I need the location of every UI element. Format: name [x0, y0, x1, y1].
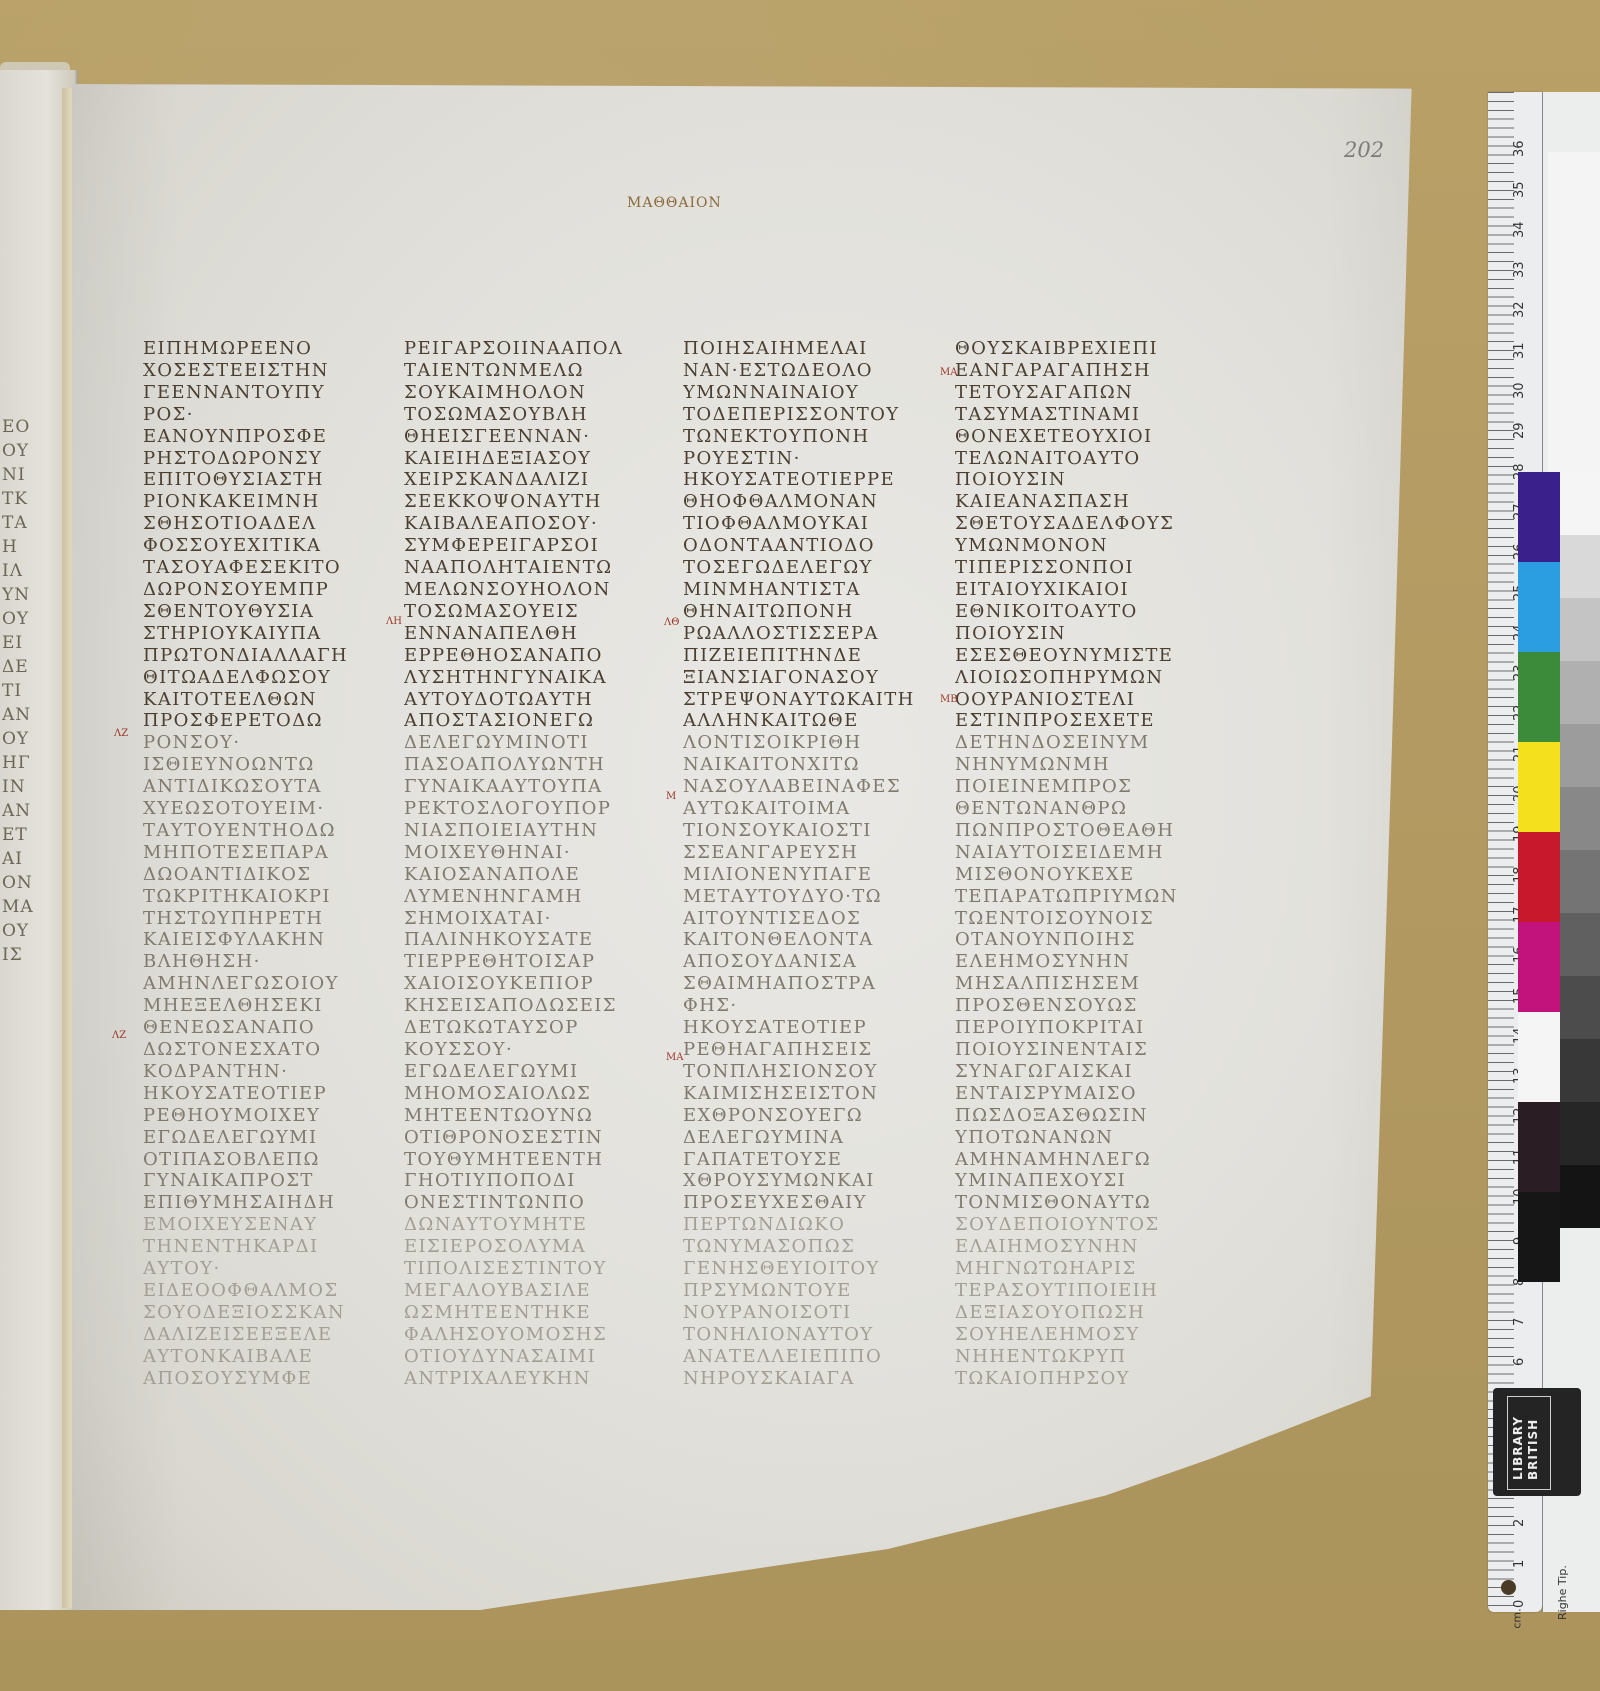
text-line: ΘΗΟΦΘΑΛΜΟΝΑΝ	[683, 491, 933, 513]
ruler-unit-label: cm.	[1511, 1608, 1524, 1628]
ruler-number: 31	[1512, 342, 1527, 359]
righe-tip-label: Righe Tip.	[1556, 1565, 1569, 1620]
running-head: ΜΑΘΘΑΙΟΝ	[627, 195, 722, 211]
text-line: ΦΗΣ·	[683, 995, 933, 1017]
left-page-fragment: ΤΑ	[2, 511, 42, 535]
text-line: ΜΙΛΙΟΝΕΝΥΠΑΓΕ	[683, 864, 933, 886]
text-line: ΡΩΑΛΛΟΣΤΙΣΣΕΡΑ	[683, 623, 933, 645]
text-line: ΠΙΖΕΙΕΠΙΤΗΝΔΕ	[683, 645, 933, 667]
ruler-number: 29	[1512, 423, 1527, 440]
text-line: ΕΠΙΤΟΘΥΣΙΑΣΤΗ	[143, 469, 393, 491]
text-line: ΤΩΚΑΙΟΠΗΡΣΟΥ	[955, 1368, 1205, 1390]
text-line: ΤΙΠΕΡΙΣΣΟΝΠΟΙ	[955, 557, 1205, 579]
text-line: ΑΝΤΡΙΧΑΛΕΥΚΗΝ	[404, 1368, 654, 1390]
text-line: ΜΕΓΑΛΟΥΒΑΣΙΛΕ	[404, 1280, 654, 1302]
text-column-4: ΘΟΥΣΚΑΙΒΡΕΧΙΕΠΙΕΑΝΓΑΡΑΓΑΠΗΣΗΤΕΤΟΥΣΑΓΑΠΩΝ…	[955, 338, 1205, 1390]
text-line: ΕΓΩΔΕΛΕΓΩΥΜΙ	[143, 1127, 393, 1149]
text-line: ΘΗΝΑΙΤΩΠΟΝΗ	[683, 601, 933, 623]
text-line: ΡΙΟΝΚΑΚΕΙΜΝΗ	[143, 491, 393, 513]
text-line: ΣΟΥΟΔΕΞΙΟΣΣΚΑΝ	[143, 1302, 393, 1324]
text-line: ΕΧΘΡΟΝΣΟΥΕΓΩ	[683, 1105, 933, 1127]
british-library-logo: LIBRARY BRITISH	[1493, 1388, 1581, 1496]
text-line: ΟΔΟΝΤΑΑΝΤΙΟΔΟ	[683, 535, 933, 557]
ruler-number: 6	[1512, 1358, 1527, 1366]
text-line: ΥΠΟΤΩΝΑΝΩΝ	[955, 1127, 1205, 1149]
text-line: ΛΥΜΕΝΗΝΓΑΜΗ	[404, 886, 654, 908]
left-page-fragment: ΟΝ	[2, 871, 42, 895]
text-line: ΕΙΤΑΙΟΥΧΙΚΑΙΟΙ	[955, 579, 1205, 601]
ruler-number: 32	[1512, 302, 1527, 319]
text-line: ΤΟΣΩΜΑΣΟΥΒΛΗ	[404, 404, 654, 426]
text-line: ΝΑΣΟΥΛΑΒΕΙΝΑΦΕΣ	[683, 776, 933, 798]
color-swatch-magenta	[1518, 922, 1560, 1012]
text-line: ΚΑΙΟΣΑΝΑΠΟΛΕ	[404, 864, 654, 886]
logo-text: LIBRARY BRITISH	[1511, 1416, 1541, 1480]
text-line: ΕΣΕΣΘΕΟΥΝΥΜΙΣΤΕ	[955, 645, 1205, 667]
text-line: ΡΟΣ·	[143, 404, 393, 426]
text-line: ΓΥΝΑΙΚΑΑΥΤΟΥΠΑ	[404, 776, 654, 798]
text-line: ΚΑΙΤΟΝΘΕΛΟΝΤΑ	[683, 929, 933, 951]
text-line: ΤΑΣΥΜΑΣΤΙΝΑΜΙ	[955, 404, 1205, 426]
text-line: ΑΝΑΤΕΛΛΕΙΕΠΙΠΟ	[683, 1346, 933, 1368]
text-line: ΑΛΛΗΝΚΑΙΤΩΘΕ	[683, 710, 933, 732]
marginal-section-number: ΜΑ	[666, 1052, 683, 1063]
text-line: ΓΕΝΗΣΘΕΥΙΟΙΤΟΥ	[683, 1258, 933, 1280]
text-line: ΠΟΙΗΣΑΙΗΜΕΛΑΙ	[683, 338, 933, 360]
text-line: ΝΗΝΥΜΩΝΜΗ	[955, 754, 1205, 776]
text-line: ΕΛΑΙΗΜΟΣΥΝΗΝ	[955, 1236, 1205, 1258]
ruler-number: 35	[1512, 181, 1527, 198]
left-page-fragment: ΕΟ	[2, 415, 42, 439]
text-line: ΝΗΗΕΝΤΩΚΡΥΠ	[955, 1346, 1205, 1368]
text-line: ΕΙΔΕΟΟΦΘΑΛΜΟΣ	[143, 1280, 393, 1302]
text-column-2: ΡΕΙΓΑΡΣΟΙΙΝΑΑΠΟΛΤΑΙΕΝΤΩΝΜΕΛΩΣΟΥΚΑΙΜΗΟΛΟΝ…	[404, 338, 654, 1390]
left-page-text-fragments: ΕΟΟΥΝΙΤΚΤΑΗΙΛΥΝΟΥΕΙΔΕΤΙΑΝΟΥΗΓΙΝΑΝΕΤΑΙΟΝΜ…	[2, 415, 42, 967]
text-line: ΝΑΑΠΟΛΗΤΑΙΕΝΤΩ	[404, 557, 654, 579]
text-line: ΑΜΗΝΑΜΗΝΛΕΓΩ	[955, 1149, 1205, 1171]
left-page-fragment: ΙΝ	[2, 775, 42, 799]
text-line: ΤΙΕΡΡΕΘΗΤΟΙΣΑΡ	[404, 951, 654, 973]
left-page-fragment: ΑΝ	[2, 703, 42, 727]
text-line: ΤΗΝΕΝΤΗΚΑΡΔΙ	[143, 1236, 393, 1258]
text-line: ΘΟΥΣΚΑΙΒΡΕΧΙΕΠΙ	[955, 338, 1205, 360]
text-line: ΣΤΡΕΨΟΝΑΥΤΩΚΑΙΤΗ	[683, 689, 933, 711]
text-line: ΣΟΥΔΕΠΟΙΟΥΝΤΟΣ	[955, 1214, 1205, 1236]
text-line: ΠΡΟΣΕΥΧΕΣΘΑΙΥ	[683, 1192, 933, 1214]
text-line: ΔΕΛΕΓΩΥΜΙΝΑ	[683, 1127, 933, 1149]
gray-step	[1560, 472, 1600, 535]
text-line: ΘΕΝΕΩΣΑΝΑΠΟ	[143, 1017, 393, 1039]
marginal-section-number: ΜΑ	[940, 367, 957, 378]
text-column-3: ΠΟΙΗΣΑΙΗΜΕΛΑΙΝΑΝ·ΕΣΤΩΔΕΟΛΟΥΜΩΝΝΑΙΝΑΙΟΥΤΟ…	[683, 338, 933, 1390]
text-line: ΤΟΣΕΓΩΔΕΛΕΓΩΥ	[683, 557, 933, 579]
text-line: ΕΝΤΑΙΣΡΥΜΑΙΣΟ	[955, 1083, 1205, 1105]
color-swatch-white	[1518, 1012, 1560, 1102]
text-line: ΠΩΣΔΟΞΑΣΘΩΣΙΝ	[955, 1105, 1205, 1127]
text-line: ΚΑΙΜΙΣΗΣΕΙΣΤΟΝ	[683, 1083, 933, 1105]
text-line: ΔΕΛΕΓΩΥΜΙΝΟΤΙ	[404, 732, 654, 754]
color-swatch-black	[1518, 1192, 1560, 1282]
text-line: ΣΘΕΤΟΥΣΑΔΕΛΦΟΥΣ	[955, 513, 1205, 535]
ruler-hole	[1501, 1580, 1516, 1595]
text-line: ΝΑΙΑΥΤΟΙΣΕΙΔΕΜΗ	[955, 842, 1205, 864]
text-line: ΣΘΕΝΤΟΥΘΥΣΙΑ	[143, 601, 393, 623]
text-line: ΤΩΝΕΚΤΟΥΠΟΝΗ	[683, 426, 933, 448]
color-swatch-red	[1518, 832, 1560, 922]
text-line: ΜΗΕΞΕΛΘΗΣΕΚΙ	[143, 995, 393, 1017]
text-line: ΠΑΣΟΑΠΟΛΥΩΝΤΗ	[404, 754, 654, 776]
text-line: ΣΗΜΟΙΧΑΤΑΙ·	[404, 908, 654, 930]
text-line: ΠΟΙΟΥΣΙΝ	[955, 623, 1205, 645]
text-line: ΗΚΟΥΣΑΤΕΟΤΙΕΡ	[683, 1017, 933, 1039]
text-line: ΤΑΙΕΝΤΩΝΜΕΛΩ	[404, 360, 654, 382]
text-line: ΡΟΥΕΣΤΙΝ·	[683, 448, 933, 470]
left-page-fragment: ΝΙ	[2, 463, 42, 487]
gray-step	[1560, 598, 1600, 661]
text-line: ΜΗΠΟΤΕΣΕΠΑΡΑ	[143, 842, 393, 864]
text-line: ΑΠΟΣΟΥΣΥΜΦΕ	[143, 1368, 393, 1390]
text-line: ΑΠΟΣΤΑΣΙΟΝΕΓΩ	[404, 710, 654, 732]
text-line: ΟΤΙΟΥΔΥΝΑΣΑΙΜΙ	[404, 1346, 654, 1368]
text-line: ΧΕΙΡΣΚΑΝΔΑΛΙΖΙ	[404, 469, 654, 491]
text-line: ΚΑΙΒΑΛΕΑΠΟΣΟΥ·	[404, 513, 654, 535]
text-line: ΤΩΕΝΤΟΙΣΟΥΝΟΙΣ	[955, 908, 1205, 930]
text-line: ΕΑΝΟΥΝΠΡΟΣΦΕ	[143, 426, 393, 448]
left-page-fragment: ΜΑ	[2, 895, 42, 919]
text-line: ΘΗΕΙΣΓΕΕΝΝΑΝ·	[404, 426, 654, 448]
text-line: ΣΟΥΗΕΛΕΗΜΟΣΥ	[955, 1324, 1205, 1346]
text-line: ΡΗΣΤΟΔΩΡΟΝΣΥ	[143, 448, 393, 470]
text-line: ΤΩΚΡΙΤΗΚΑΙΟΚΡΙ	[143, 886, 393, 908]
text-line: ΡΕΚΤΟΣΛΟΓΟΥΠΟΡ	[404, 798, 654, 820]
text-line: ΜΙΣΘΟΝΟΥΚΕΧΕ	[955, 864, 1205, 886]
text-line: ΝΙΑΣΠΟΙΕΙΑΥΤΗΝ	[404, 820, 654, 842]
text-line: ΛΟΝΤΙΣΟΙΚΡΙΘΗ	[683, 732, 933, 754]
text-line: ΘΟΝΕΧΕΤΕΟΥΧΙΟΙ	[955, 426, 1205, 448]
color-swatch-green	[1518, 652, 1560, 742]
color-swatch-purple	[1518, 472, 1560, 562]
text-line: ΠΟΙΟΥΣΙΝ	[955, 469, 1205, 491]
text-line: ΤΕΛΩΝΑΙΤΟΑΥΤΟ	[955, 448, 1205, 470]
text-line: ΘΕΝΤΩΝΑΝΘΡΩ	[955, 798, 1205, 820]
gray-step	[1560, 535, 1600, 598]
text-line: ΔΩΣΤΟΝΕΣΧΑΤΟ	[143, 1039, 393, 1061]
text-line: ΤΗΣΤΩΥΠΗΡΕΤΗ	[143, 908, 393, 930]
text-line: ΑΠΟΣΟΥΔΑΝΙΣΑ	[683, 951, 933, 973]
text-line: ΙΣΘΙΕΥΝΟΩΝΤΩ	[143, 754, 393, 776]
left-page-fragment: ΙΛ	[2, 559, 42, 583]
text-line: ΤΟΝΗΛΙΟΝΑΥΤΟΥ	[683, 1324, 933, 1346]
text-line: ΗΚΟΥΣΑΤΕΟΤΙΕΡ	[143, 1083, 393, 1105]
text-line: ΡΕΘΗΟΥΜΟΙΧΕΥ	[143, 1105, 393, 1127]
text-line: ΠΑΛΙΝΗΚΟΥΣΑΤΕ	[404, 929, 654, 951]
gray-step	[1560, 913, 1600, 976]
text-line: ΣΕΕΚΚΟΨΟΝΑΥΤΗ	[404, 491, 654, 513]
text-line: ΜΗΤΕΕΝΤΩΟΥΝΩ	[404, 1105, 654, 1127]
left-page-fragment: ΤΚ	[2, 487, 42, 511]
left-page-fragment: ΤΙ	[2, 679, 42, 703]
text-line: ΦΑΛΗΣΟΥΟΜΟΣΗΣ	[404, 1324, 654, 1346]
text-line: ΡΕΙΓΑΡΣΟΙΙΝΑΑΠΟΛ	[404, 338, 654, 360]
text-line: ΟΝΕΣΤΙΝΤΩΝΠΟ	[404, 1192, 654, 1214]
marginal-section-number: ΛΗ	[386, 616, 402, 627]
text-line: ΣΣΕΑΝΓΑΡΕΥΣΗ	[683, 842, 933, 864]
left-page-fragment: ΟΥ	[2, 607, 42, 631]
text-line: ΛΥΣΗΤΗΝΓΥΝΑΙΚΑ	[404, 667, 654, 689]
text-line: ΥΜΩΝΝΑΙΝΑΙΟΥ	[683, 382, 933, 404]
left-page-fragment: ΥΝ	[2, 583, 42, 607]
text-line: ΚΟΥΣΣΟΥ·	[404, 1039, 654, 1061]
text-column-1: ΕΙΠΗΜΩΡΕΕΝΟΧΟΣΕΣΤΕΕΙΣΤΗΝΓΕΕΝΝΑΝΤΟΥΠΥΡΟΣ·…	[143, 338, 393, 1390]
text-line: ΥΜΙΝΑΠΕΧΟΥΣΙ	[955, 1170, 1205, 1192]
left-page-fragment: ΑΝ	[2, 799, 42, 823]
ruler-number: 7	[1512, 1318, 1527, 1326]
text-line: ΝΗΡΟΥΣΚΑΙΑΓΑ	[683, 1368, 933, 1390]
text-line: ΓΕΕΝΝΑΝΤΟΥΠΥ	[143, 382, 393, 404]
ruler-number: 30	[1512, 382, 1527, 399]
color-swatch-cyan	[1518, 562, 1560, 652]
text-line: ΝΑΝ·ΕΣΤΩΔΕΟΛΟ	[683, 360, 933, 382]
left-page-fragment: ΟΥ	[2, 439, 42, 463]
text-line: ΑΙΤΟΥΝΤΙΣΕΔΟΣ	[683, 908, 933, 930]
color-swatch-yellow	[1518, 742, 1560, 832]
ruler-number: 0	[1512, 1600, 1527, 1608]
text-line: ΤΟΝΜΙΣΘΟΝΑΥΤΩ	[955, 1192, 1205, 1214]
text-line: ΧΥΕΩΣΟΤΟΥΕΙΜ·	[143, 798, 393, 820]
text-line: ΑΥΤΟΥΔΟΤΩΑΥΤΗ	[404, 689, 654, 711]
text-line: ΧΘΡΟΥΣΥΜΩΝΚΑΙ	[683, 1170, 933, 1192]
text-line: ΓΗΟΤΙΥΠΟΠΟΔΙ	[404, 1170, 654, 1192]
text-line: ΠΡΣΥΜΩΝΤΟΥΕ	[683, 1280, 933, 1302]
text-line: ΣΘΗΣΟΤΙΟΑΔΕΛ	[143, 513, 393, 535]
text-line: ΜΗΟΜΟΣΑΙΟΛΩΣ	[404, 1083, 654, 1105]
text-line: ΜΙΝΜΗΑΝΤΙΣΤΑ	[683, 579, 933, 601]
text-line: ΑΜΗΝΛΕΓΩΣΟΙΟΥ	[143, 973, 393, 995]
text-line: ΔΩΡΟΝΣΟΥΕΜΠΡ	[143, 579, 393, 601]
text-line: ΟΟΥΡΑΝΙΟΣΤΕΛΙ	[955, 689, 1205, 711]
text-line: ΠΩΝΠΡΟΣΤΟΘΕΑΘΗ	[955, 820, 1205, 842]
text-line: ΞΙΑΝΣΙΑΓΟΝΑΣΟΥ	[683, 667, 933, 689]
text-line: ΔΩΟΑΝΤΙΔΙΚΟΣ	[143, 864, 393, 886]
text-line: ΟΤΑΝΟΥΝΠΟΙΗΣ	[955, 929, 1205, 951]
text-line: ΑΥΤΟΥ·	[143, 1258, 393, 1280]
text-line: ΣΥΜΦΕΡΕΙΓΑΡΣΟΙ	[404, 535, 654, 557]
left-page-fragment: ΕΙ	[2, 631, 42, 655]
text-line: ΔΕΤΗΝΔΟΣΕΙΝΥΜ	[955, 732, 1205, 754]
gray-step	[1560, 976, 1600, 1039]
text-line: ΡΟΝΣΟΥ·	[143, 732, 393, 754]
ruler-number: 34	[1512, 221, 1527, 238]
text-line: ΚΑΙΕΑΝΑΣΠΑΣΗ	[955, 491, 1205, 513]
left-page-fragment: ΕΤ	[2, 823, 42, 847]
text-line: ΣΘΑΙΜΗΑΠΟΣΤΡΑ	[683, 973, 933, 995]
text-line: ΡΕΘΗΑΓΑΠΗΣΕΙΣ	[683, 1039, 933, 1061]
text-line: ΑΥΤΟΝΚΑΙΒΑΛΕ	[143, 1346, 393, 1368]
text-line: ΤΕΤΟΥΣΑΓΑΠΩΝ	[955, 382, 1205, 404]
text-line: ΤΙΟΦΘΑΛΜΟΥΚΑΙ	[683, 513, 933, 535]
text-line: ΤΟΔΕΠΕΡΙΣΣΟΝΤΟΥ	[683, 404, 933, 426]
color-swatch-dark-brown	[1518, 1102, 1560, 1192]
text-line: ΕΓΩΔΕΛΕΓΩΥΜΙ	[404, 1061, 654, 1083]
white-reference-card	[1548, 152, 1600, 472]
left-page-fragment: ΗΓ	[2, 751, 42, 775]
text-line: ΟΤΙΠΑΣΟΒΛΕΠΩ	[143, 1149, 393, 1171]
text-line: ΔΕΤΩΚΩΤΑΥΣΟΡ	[404, 1017, 654, 1039]
text-line: ΠΟΙΟΥΣΙΝΕΝΤΑΙΣ	[955, 1039, 1205, 1061]
folio-number: 202	[1344, 138, 1384, 162]
gray-step	[1560, 1102, 1600, 1165]
text-line: ΩΣΜΗΤΕΕΝΤΗΚΕ	[404, 1302, 654, 1324]
gray-step	[1560, 1039, 1600, 1102]
gray-step	[1560, 787, 1600, 850]
text-line: ΕΡΡΕΘΗΟΣΑΝΑΠΟ	[404, 645, 654, 667]
left-page-fragment: ΟΥ	[2, 727, 42, 751]
marginal-section-number: ΜΒ	[940, 694, 958, 705]
text-line: ΣΥΝΑΓΩΓΑΙΣΚΑΙ	[955, 1061, 1205, 1083]
ruler-ticks	[1488, 92, 1514, 1612]
marginal-section-number: ΛΘ	[664, 617, 679, 628]
text-line: ΜΕΤΑΥΤΟΥΔΥΟ·ΤΩ	[683, 886, 933, 908]
ruler-number: 1	[1512, 1559, 1527, 1567]
text-line: ΣΤΗΡΙΟΥΚΑΙΥΠΑ	[143, 623, 393, 645]
gray-step	[1560, 724, 1600, 787]
text-line: ΚΗΣΕΙΣΑΠΟΔΩΣΕΙΣ	[404, 995, 654, 1017]
text-line: ΑΝΤΙΔΙΚΩΣΟΥΤΑ	[143, 776, 393, 798]
text-line: ΚΑΙΕΙΣΦΥΛΑΚΗΝ	[143, 929, 393, 951]
text-line: ΤΑΣΟΥΑΦΕΣΕΚΙΤΟ	[143, 557, 393, 579]
text-line: ΠΕΡΟΙΥΠΟΚΡΙΤΑΙ	[955, 1017, 1205, 1039]
text-line: ΤΑΥΤΟΥΕΝΤΗΟΔΩ	[143, 820, 393, 842]
text-line: ΕΙΠΗΜΩΡΕΕΝΟ	[143, 338, 393, 360]
text-line: ΓΥΝΑΙΚΑΠΡΟΣΤ	[143, 1170, 393, 1192]
marginal-section-number: ΛΖ	[112, 1030, 126, 1041]
text-line: ΠΕΡΤΩΝΔΙΩΚΟ	[683, 1214, 933, 1236]
text-line: ΛΙΟΙΩΣΟΠΗΡΥΜΩΝ	[955, 667, 1205, 689]
text-line: ΓΑΠΑΤΕΤΟΥΣΕ	[683, 1149, 933, 1171]
text-line: ΤΙΠΟΛΙΣΕΣΤΙΝΤΟΥ	[404, 1258, 654, 1280]
left-page-fragment: ΔΕ	[2, 655, 42, 679]
text-line: ΕΙΣΙΕΡΟΣΟΛΥΜΑ	[404, 1236, 654, 1258]
text-line: ΟΤΙΘΡΟΝΟΣΕΣΤΙΝ	[404, 1127, 654, 1149]
gray-step	[1560, 850, 1600, 913]
text-line: ΥΜΩΝΜΟΝΟΝ	[955, 535, 1205, 557]
text-line: ΕΛΕΗΜΟΣΥΝΗΝ	[955, 951, 1205, 973]
text-line: ΠΟΙΕΙΝΕΜΠΡΟΣ	[955, 776, 1205, 798]
text-line: ΜΗΓΝΩΤΩΗΑΡΙΣ	[955, 1258, 1205, 1280]
ruler-number: 33	[1512, 262, 1527, 279]
text-line: ΜΟΙΧΕΥΘΗΝΑΙ·	[404, 842, 654, 864]
text-line: ΚΑΙΤΟΤΕΕΛΘΩΝ	[143, 689, 393, 711]
text-line: ΦΟΣΣΟΥΕΧΙΤΙΚΑ	[143, 535, 393, 557]
left-page-fragment: ΟΥ	[2, 919, 42, 943]
text-line: ΤΟΥΘΥΜΗΤΕΕΝΤΗ	[404, 1149, 654, 1171]
text-line: ΔΩΝΑΥΤΟΥΜΗΤΕ	[404, 1214, 654, 1236]
text-line: ΠΡΩΤΟΝΔΙΑΛΛΑΓΗ	[143, 645, 393, 667]
text-line: ΜΗΣΑΛΠΙΣΗΣΕΜ	[955, 973, 1205, 995]
text-line: ΝΑΙΚΑΙΤΟΝΧΙΤΩ	[683, 754, 933, 776]
text-line: ΧΑΙΟΙΣΟΥΚΕΠΙΟΡ	[404, 973, 654, 995]
left-page-fragment: ΙΣ	[2, 943, 42, 967]
gray-step	[1560, 1165, 1600, 1228]
text-line: ΤΕΡΑΣΟΥΤΙΠΟΙΕΙΗ	[955, 1280, 1205, 1302]
text-line: ΜΕΛΩΝΣΟΥΗΟΛΟΝ	[404, 579, 654, 601]
ruler-number: 2	[1512, 1519, 1527, 1527]
text-line: ΣΟΥΚΑΙΜΗΟΛΟΝ	[404, 382, 654, 404]
text-line: ΤΩΝΥΜΑΣΟΠΩΣ	[683, 1236, 933, 1258]
text-line: ΧΟΣΕΣΤΕΕΙΣΤΗΝ	[143, 360, 393, 382]
text-line: ΝΟΥΡΑΝΟΙΣΟΤΙ	[683, 1302, 933, 1324]
text-line: ΗΚΟΥΣΑΤΕΟΤΙΕΡΡΕ	[683, 469, 933, 491]
text-line: ΕΑΝΓΑΡΑΓΑΠΗΣΗ	[955, 360, 1205, 382]
text-line: ΤΟΝΠΛΗΣΙΟΝΣΟΥ	[683, 1061, 933, 1083]
ruler-number: 36	[1512, 141, 1527, 158]
text-line: ΤΙΟΝΣΟΥΚΑΙΟΣΤΙ	[683, 820, 933, 842]
text-line: ΒΛΗΘΗΣΗ·	[143, 951, 393, 973]
text-line: ΤΕΠΑΡΑΤΩΠΡΙΥΜΩΝ	[955, 886, 1205, 908]
text-line: ΕΘΝΙΚΟΙΤΟΑΥΤΟ	[955, 601, 1205, 623]
text-line: ΠΡΟΣΘΕΝΣΟΥΩΣ	[955, 995, 1205, 1017]
text-line: ΚΑΙΕΙΗΔΕΞΙΑΣΟΥ	[404, 448, 654, 470]
text-line: ΔΑΛΙΖΕΙΣΕΕΞΕΛΕ	[143, 1324, 393, 1346]
left-page-fragment: Η	[2, 535, 42, 559]
marginal-section-number: ΛΖ	[114, 728, 128, 739]
text-line: ΕΝΝΑΝΑΠΕΛΘΗ	[404, 623, 654, 645]
gray-step	[1560, 661, 1600, 724]
text-line: ΠΡΟΣΦΕΡΕΤΟΔΩ	[143, 710, 393, 732]
text-line: ΕΣΤΙΝΠΡΟΣΕΧΕΤΕ	[955, 710, 1205, 732]
text-line: ΤΟΣΩΜΑΣΟΥΕΙΣ	[404, 601, 654, 623]
text-line: ΕΜΟΙΧΕΥΣΕΝΑΥ	[143, 1214, 393, 1236]
text-line: ΚΟΔΡΑΝΤΗΝ·	[143, 1061, 393, 1083]
text-line: ΘΙΤΩΑΔΕΛΦΩΣΟΥ	[143, 667, 393, 689]
marginal-section-number: Μ	[666, 791, 676, 802]
text-line: ΕΠΙΘΥΜΗΣΑΙΗΔΗ	[143, 1192, 393, 1214]
text-line: ΔΕΞΙΑΣΟΥΟΠΩΣΗ	[955, 1302, 1205, 1324]
text-line: ΑΥΤΩΚΑΙΤΟΙΜΑ	[683, 798, 933, 820]
left-page-fragment: ΑΙ	[2, 847, 42, 871]
